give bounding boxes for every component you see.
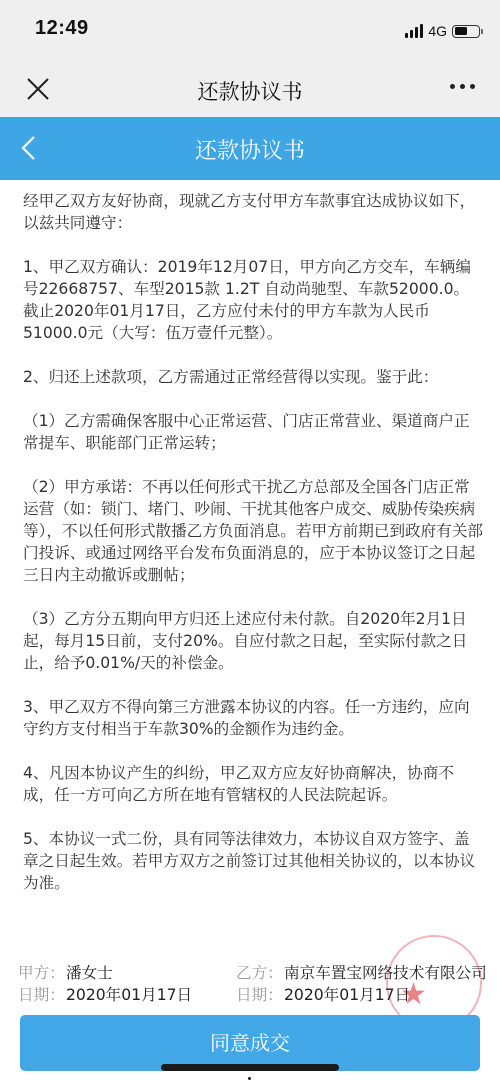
status-bar: 12:49 4G — [0, 0, 500, 62]
status-time: 12:49 — [35, 17, 89, 40]
party-b-date-label: 日期： — [236, 984, 284, 1006]
party-a-label: 甲方： — [18, 962, 66, 984]
clause-3: 3、甲乙双方不得向第三方泄露本协议的内容。任一方违约，应向守约方支付相当于车款3… — [23, 696, 483, 740]
clause-5: 5、本协议一式二份，具有同等法律效力，本协议自双方签字、盖章之日起生效。若甲方双… — [23, 828, 483, 894]
more-icon[interactable] — [450, 84, 475, 89]
battery-icon — [452, 25, 480, 38]
party-b-label: 乙方： — [236, 962, 284, 984]
nav-title: 还款协议书 — [0, 76, 500, 106]
nav-bar: 还款协议书 — [0, 62, 500, 117]
clause-1: 1、甲乙双方确认：2019年12月07日，甲方向乙方交车，车辆编号2266875… — [23, 256, 483, 344]
clause-2-2: （2）甲方承诺：不再以任何形式干扰乙方总部及全国各门店正常运营（如：锁门、堵门、… — [23, 476, 483, 586]
home-indicator[interactable] — [161, 1064, 339, 1071]
home-indicator-dot — [248, 1077, 251, 1080]
party-b-date-row: 日期：2020年01月17日 — [236, 984, 410, 1006]
party-b-name: 南京车置宝网络技术有限公司 — [284, 964, 487, 982]
party-b-date: 2020年01月17日 — [284, 986, 410, 1004]
clause-2-1: （1）乙方需确保客服中心正常运营、门店正常营业、渠道商户正常提车、职能部门正常运… — [23, 410, 483, 454]
party-a-date-row: 日期：2020年01月17日 — [18, 984, 192, 1006]
clause-2-3: （3）乙方分五期向甲方归还上述应付未付款。自2020年2月1日起，每月15日前，… — [23, 608, 483, 674]
party-a-date: 2020年01月17日 — [66, 986, 192, 1004]
app-header: 还款协议书 — [0, 117, 500, 180]
intro-paragraph: 经甲乙双方友好协商，现就乙方支付甲方车款事宜达成协议如下，以兹共同遵守： — [23, 190, 483, 234]
agree-deal-button[interactable]: 同意成交 — [20, 1015, 480, 1071]
signal-icon — [405, 24, 423, 38]
party-a-name-row: 甲方：潘女士 — [18, 962, 113, 984]
clause-4: 4、凡因本协议产生的纠纷，甲乙双方应友好协商解决，协商不成，任一方可向乙方所在地… — [23, 762, 483, 806]
page-title: 还款协议书 — [0, 134, 500, 165]
party-a-name: 潘女士 — [66, 964, 113, 982]
party-a-date-label: 日期： — [18, 984, 66, 1006]
status-indicators: 4G — [405, 23, 480, 39]
signature-block: 甲方：潘女士 日期：2020年01月17日 乙方：南京车置宝网络技术有限公司 日… — [0, 962, 500, 1012]
network-type: 4G — [428, 23, 447, 39]
agreement-document: 经甲乙双方友好协商，现就乙方支付甲方车款事宜达成协议如下，以兹共同遵守： 1、甲… — [23, 190, 483, 916]
clause-2: 2、归还上述款项，乙方需通过正常经营得以实现。鉴于此： — [23, 366, 483, 388]
party-b-name-row: 乙方：南京车置宝网络技术有限公司 — [236, 962, 487, 984]
